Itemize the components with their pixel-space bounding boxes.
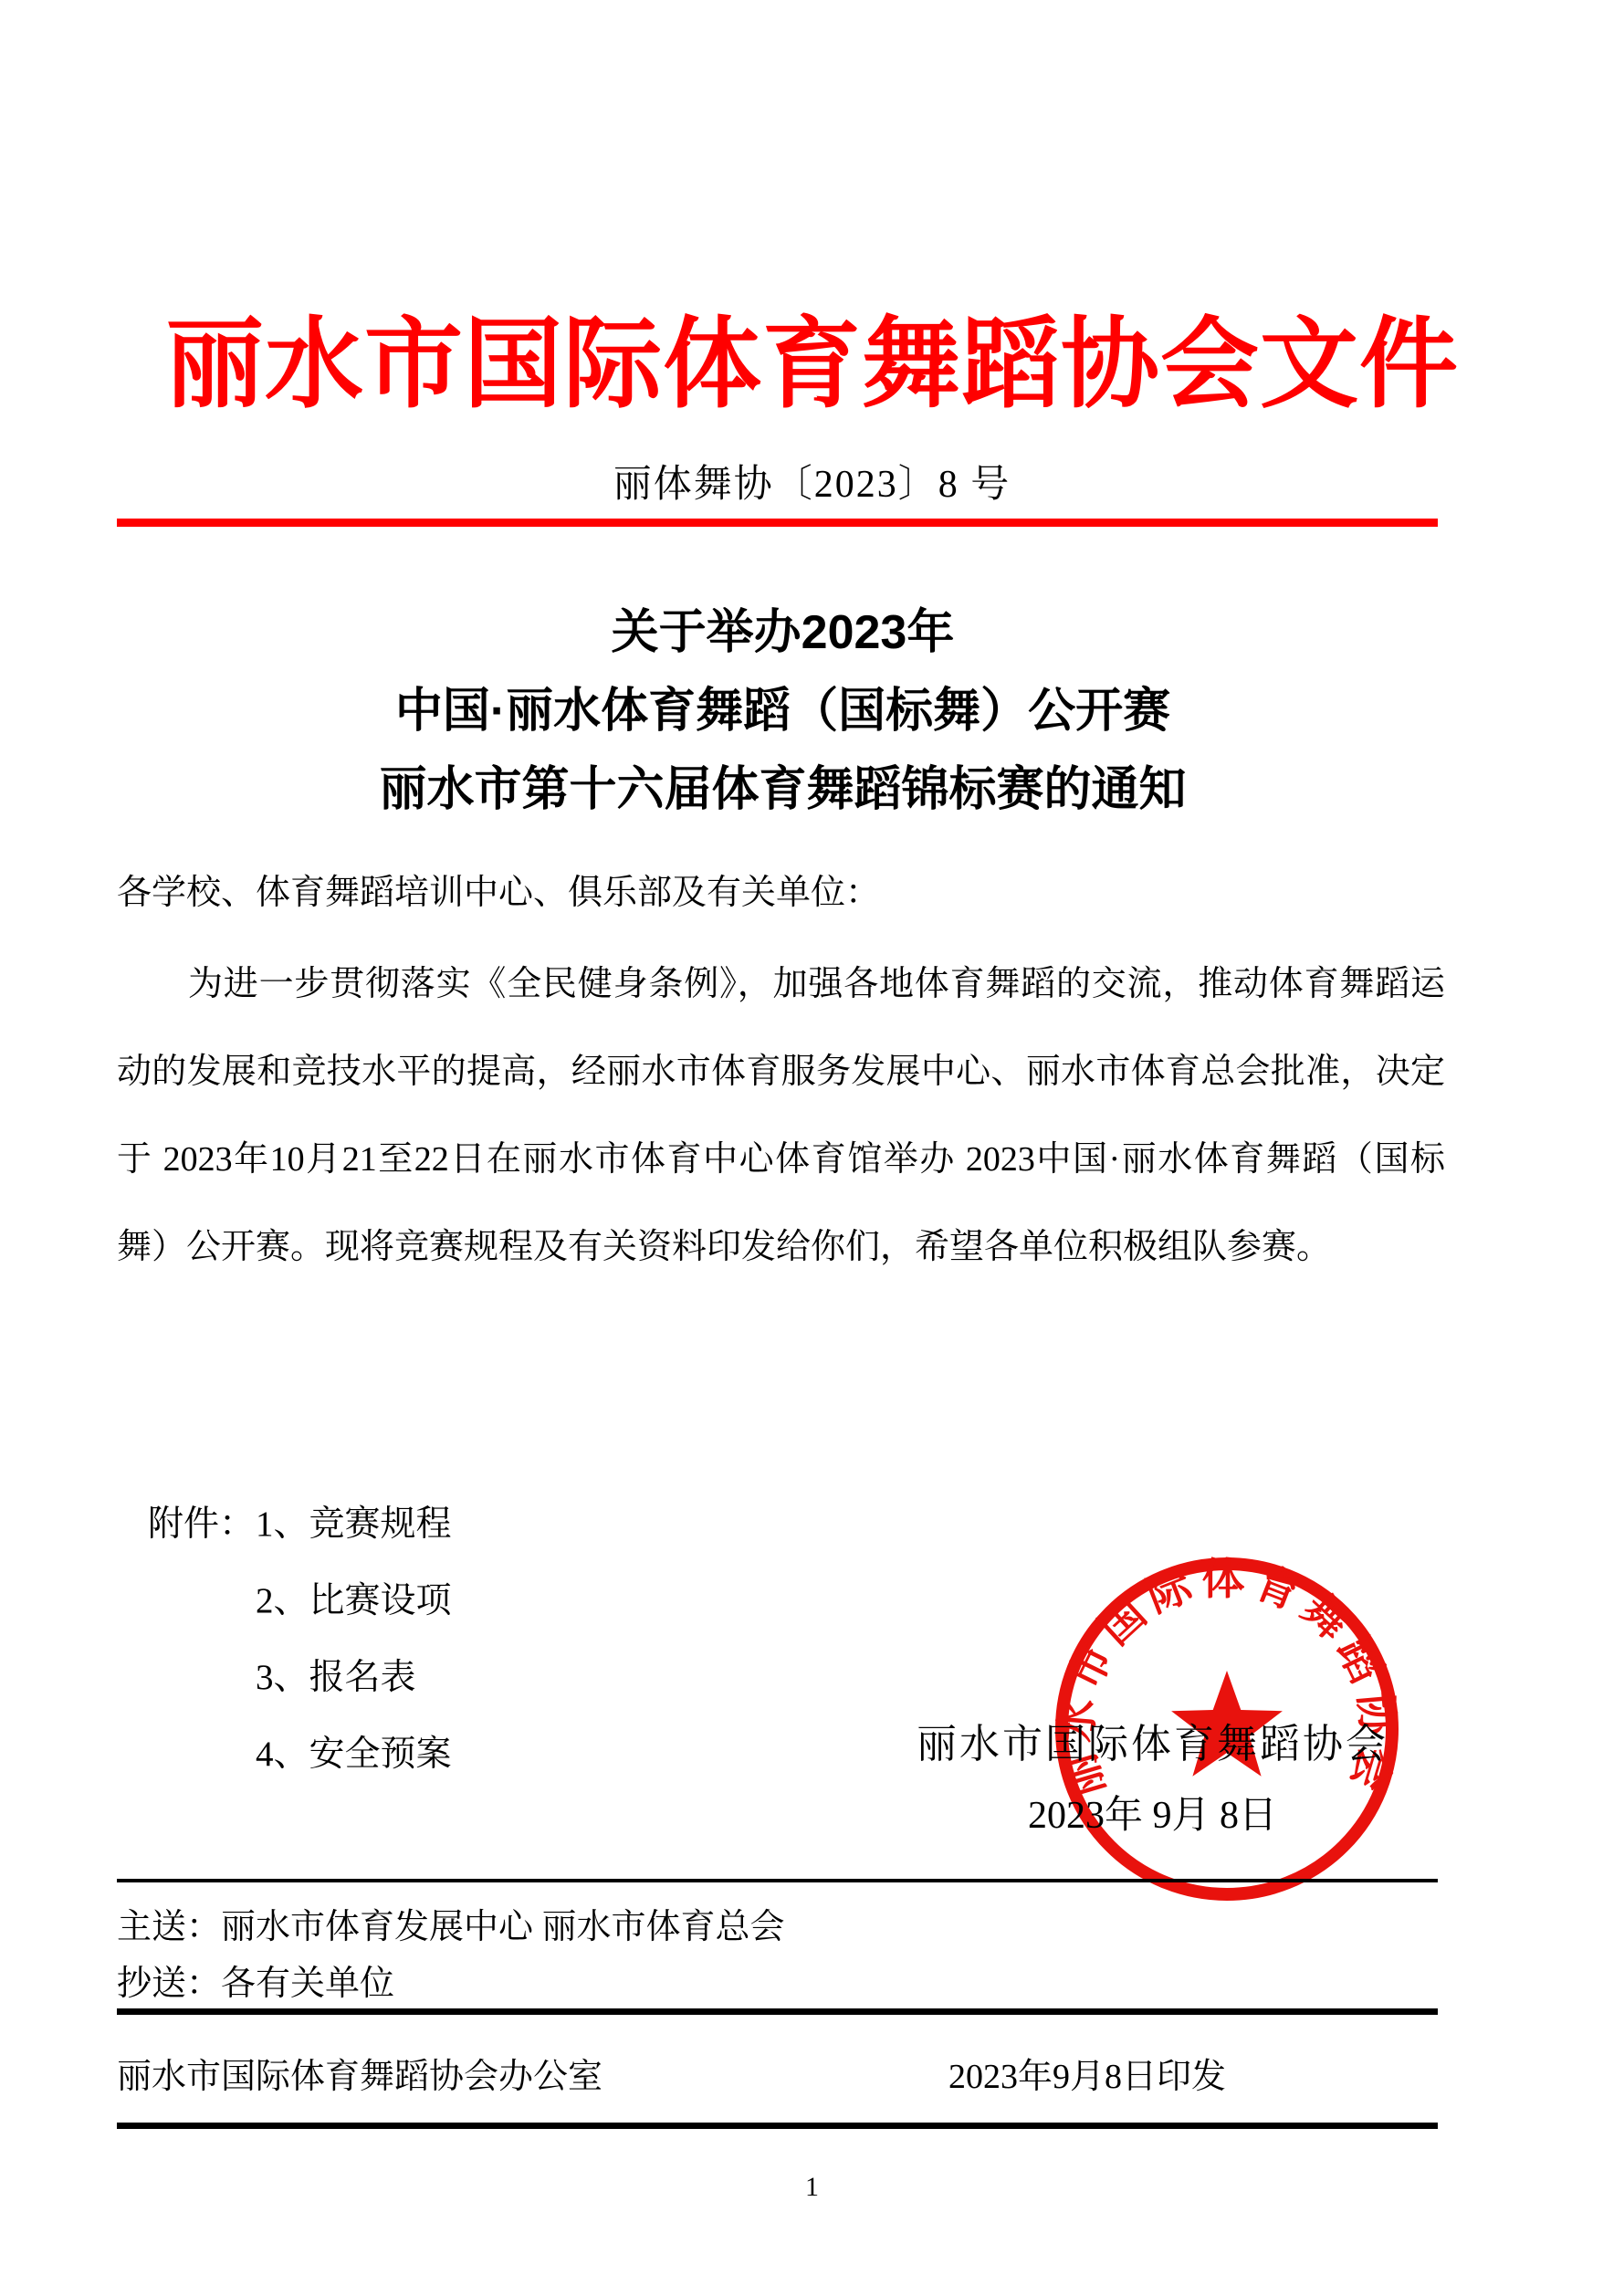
attachment-item-4: 4、安全预案 (256, 1735, 452, 1774)
salutation: 各学校、体育舞蹈培训中心、俱乐部及有关单位： (117, 869, 1445, 917)
attachment-item-3: 3、报名表 (256, 1658, 416, 1697)
attachment-row: 附件：1、竞赛规程 (148, 1486, 1243, 1563)
routing-main-value: 丽水市体育发展中心 丽水市体育总会 (221, 1908, 785, 1946)
routing-top-rule (117, 1879, 1438, 1882)
notice-title-line1: 关于举办2023年 (119, 593, 1447, 672)
routing-copy-label: 抄送： (117, 1965, 221, 2003)
attachment-row: 2、比赛设项 (256, 1563, 1243, 1640)
routing-main-send: 主送：丽水市体育发展中心 丽水市体育总会 (117, 1903, 1445, 1952)
document-page: 丽水市国际体育舞蹈协会文件 丽体舞协〔2023〕8 号 关于举办2023年 中国… (0, 0, 1624, 2296)
red-masthead-title: 丽水市国际体育舞蹈协会文件 (0, 292, 1624, 440)
notice-title: 关于举办2023年 中国·丽水体育舞蹈（国标舞）公开赛 丽水市第十六届体育舞蹈锦… (119, 593, 1447, 829)
notice-title-line3: 丽水市第十六届体育舞蹈锦标赛的通知 (119, 750, 1447, 829)
attachment-row: 3、报名表 (256, 1640, 1243, 1716)
attachment-item-2: 2、比赛设项 (256, 1581, 452, 1620)
attachments-label: 附件： (148, 1486, 256, 1563)
routing-main-label: 主送： (117, 1908, 221, 1946)
document-number: 丽体舞协〔2023〕8 号 (0, 460, 1624, 509)
routing-copy-value: 各有关单位 (221, 1965, 394, 2003)
body-paragraph: 为进一步贯彻落实《全民健身条例》，加强各地体育舞蹈的交流，推动体育舞蹈运动的发展… (117, 940, 1445, 1291)
colophon-print-date: 2023年9月8日印发 (948, 2052, 1226, 2102)
signature-organization: 丽水市国际体育舞蹈协会 (904, 1720, 1401, 1769)
routing-copy-send: 抄送：各有关单位 (117, 1959, 1445, 2008)
notice-title-line2: 中国·丽水体育舞蹈（国标舞）公开赛 (119, 672, 1447, 750)
colophon-top-rule (117, 2008, 1438, 2015)
colophon-office: 丽水市国际体育舞蹈协会办公室 (117, 2052, 602, 2102)
red-divider-rule (117, 519, 1438, 527)
signature-date: 2023年 9月 8日 (904, 1791, 1401, 1840)
attachment-item-1: 1、竞赛规程 (256, 1504, 452, 1544)
colophon-bottom-rule (117, 2123, 1438, 2129)
page-number: 1 (0, 2169, 1624, 2206)
